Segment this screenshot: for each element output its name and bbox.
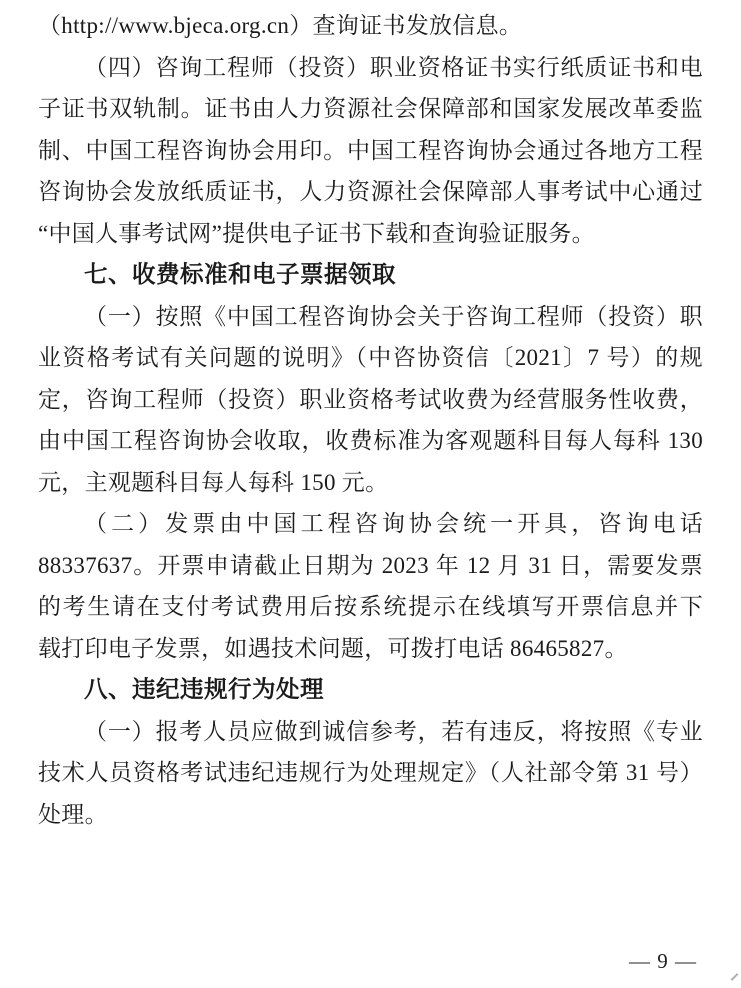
section-heading: 七、收费标准和电子票据领取 [38, 254, 703, 296]
text-line: “中国人事考试网”提供电子证书下载和查询验证服务。 [38, 213, 703, 255]
scan-artifact [731, 973, 739, 981]
scanned-document-page: （http://www.bjeca.org.cn）查询证书发放信息。（四）咨询工… [0, 0, 741, 988]
text-line: 88337637。开票申请截止日期为 2023 年 12 月 31 日，需要发票 [38, 545, 703, 587]
text-line: （一）按照《中国工程咨询协会关于咨询工程师（投资）职 [38, 296, 703, 338]
text-line: （四）咨询工程师（投资）职业资格证书实行纸质证书和电 [38, 47, 703, 89]
text-line: 技术人员资格考试违纪违规行为处理规定》（人社部令第 31 号） [38, 752, 703, 794]
text-line: （二）发票由中国工程咨询协会统一开具，咨询电话 [38, 503, 703, 545]
text-line: 咨询协会发放纸质证书，人力资源社会保障部人事考试中心通过 [38, 171, 703, 213]
text-line: （一）报考人员应做到诚信参考，若有违反，将按照《专业 [38, 711, 703, 753]
page-number: — 9 — [629, 949, 697, 974]
section-heading: 八、违纪违规行为处理 [38, 669, 703, 711]
text-line: 处理。 [38, 794, 703, 836]
text-line: （http://www.bjeca.org.cn）查询证书发放信息。 [38, 5, 703, 47]
text-line: 制、中国工程咨询协会用印。中国工程咨询协会通过各地方工程 [38, 130, 703, 172]
document-body: （http://www.bjeca.org.cn）查询证书发放信息。（四）咨询工… [38, 5, 703, 835]
text-line: 定，咨询工程师（投资）职业资格考试收费为经营服务性收费， [38, 379, 703, 421]
text-line: 的考生请在支付考试费用后按系统提示在线填写开票信息并下 [38, 586, 703, 628]
text-line: 由中国工程咨询协会收取，收费标准为客观题科目每人每科 130 [38, 420, 703, 462]
text-line: 子证书双轨制。证书由人力资源社会保障部和国家发展改革委监 [38, 88, 703, 130]
text-line: 元，主观题科目每人每科 150 元。 [38, 462, 703, 504]
text-line: 载打印电子发票，如遇技术问题，可拨打电话 86465827。 [38, 628, 703, 670]
text-line: 业资格考试有关问题的说明》（中咨协资信〔2021〕7 号）的规 [38, 337, 703, 379]
